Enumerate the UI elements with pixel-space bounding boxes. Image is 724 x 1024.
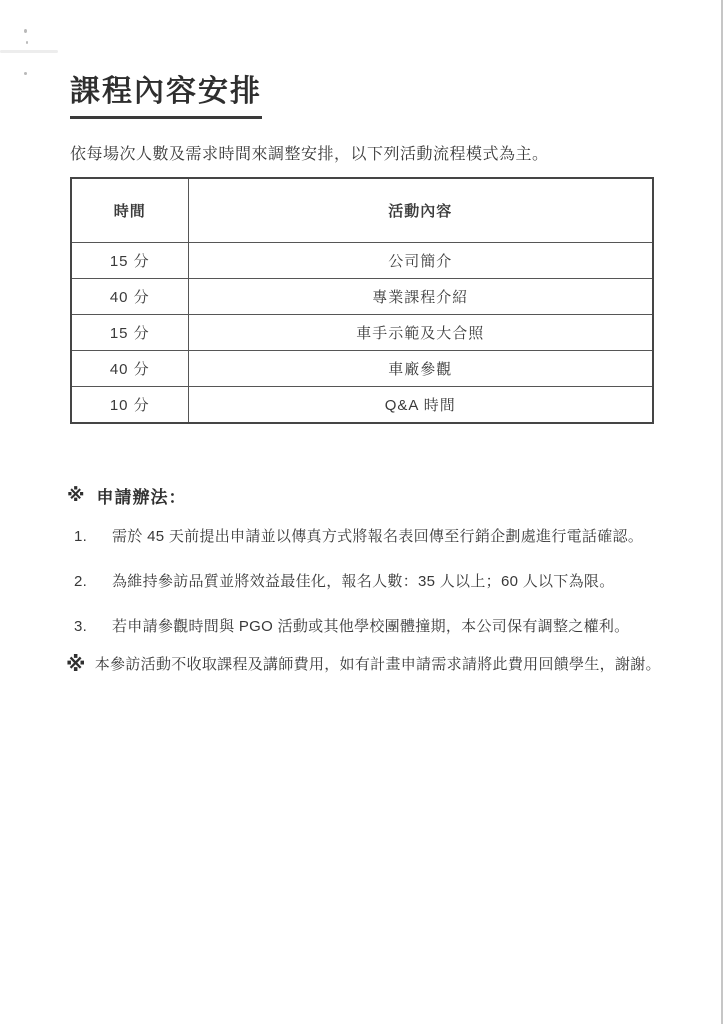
application-list: 1. 需於 45 天前提出申請並以傳真方式將報名表回傳至行銷企劃處進行電話確認。… (74, 528, 660, 662)
footnote: ※ 本參訪活動不收取課程及講師費用，如有計畫申請需求請將此費用回饋學生，謝謝。 (66, 655, 666, 675)
table-row: 15 分 車手示範及大合照 (71, 315, 653, 351)
list-item: 1. 需於 45 天前提出申請並以傳真方式將報名表回傳至行銷企劃處進行電話確認。 (74, 528, 660, 547)
cell-activity: 車手示範及大合照 (188, 315, 653, 351)
list-item-number: 2. (74, 573, 112, 592)
footnote-text: 本參訪活動不收取課程及講師費用，如有計畫申請需求請將此費用回饋學生，謝謝。 (95, 655, 661, 675)
scan-edge-line (721, 0, 723, 1024)
reference-mark: ※ (67, 485, 86, 506)
table-row: 10 分 Q&A 時間 (71, 387, 653, 424)
cell-time: 15 分 (71, 315, 188, 351)
cell-time: 40 分 (71, 279, 188, 315)
column-header-activity: 活動內容 (188, 178, 653, 243)
cell-time: 15 分 (71, 243, 188, 279)
table-row: 40 分 專業課程介紹 (71, 279, 653, 315)
scan-smudge (0, 50, 58, 53)
scan-speck (24, 72, 27, 75)
scan-speck (24, 29, 27, 33)
cell-time: 40 分 (71, 351, 188, 387)
cell-activity: 公司簡介 (188, 243, 653, 279)
cell-activity: 車廠參觀 (188, 351, 653, 387)
page-title: 課程內容安排 (70, 66, 262, 119)
list-item-text: 為維持參訪品質並將效益最佳化，報名人數：35 人以上；60 人以下為限。 (112, 573, 660, 592)
reference-mark: ※ (66, 655, 86, 675)
column-header-time: 時間 (71, 178, 188, 243)
cell-time: 10 分 (71, 387, 188, 424)
list-item-text: 需於 45 天前提出申請並以傳真方式將報名表回傳至行銷企劃處進行電話確認。 (112, 528, 660, 547)
intro-text: 依每場次人數及需求時間來調整安排，以下列活動流程模式為主。 (70, 141, 549, 164)
schedule-table: 時間 活動內容 15 分 公司簡介 40 分 專業課程介紹 15 分 車手示範及… (70, 177, 654, 424)
table-row: 40 分 車廠參觀 (71, 351, 653, 387)
list-item: 3. 若申請參觀時間與 PGO 活動或其他學校團體撞期，本公司保有調整之權利。 (74, 618, 660, 637)
cell-activity: Q&A 時間 (188, 387, 653, 424)
list-item-number: 1. (74, 528, 112, 547)
table-row: 15 分 公司簡介 (71, 243, 653, 279)
scan-speck (26, 41, 28, 44)
list-item: 2. 為維持參訪品質並將效益最佳化，報名人數：35 人以上；60 人以下為限。 (74, 573, 660, 592)
cell-activity: 專業課程介紹 (188, 279, 653, 315)
scanned-document-page: 課程內容安排 依每場次人數及需求時間來調整安排，以下列活動流程模式為主。 時間 … (0, 0, 724, 1024)
list-item-text: 若申請參觀時間與 PGO 活動或其他學校團體撞期，本公司保有調整之權利。 (112, 618, 660, 637)
list-item-number: 3. (74, 618, 112, 637)
application-section-heading: ※ 申請辦法： (67, 483, 187, 508)
application-heading-label: 申請辦法： (97, 483, 187, 508)
table-header-row: 時間 活動內容 (71, 178, 653, 243)
